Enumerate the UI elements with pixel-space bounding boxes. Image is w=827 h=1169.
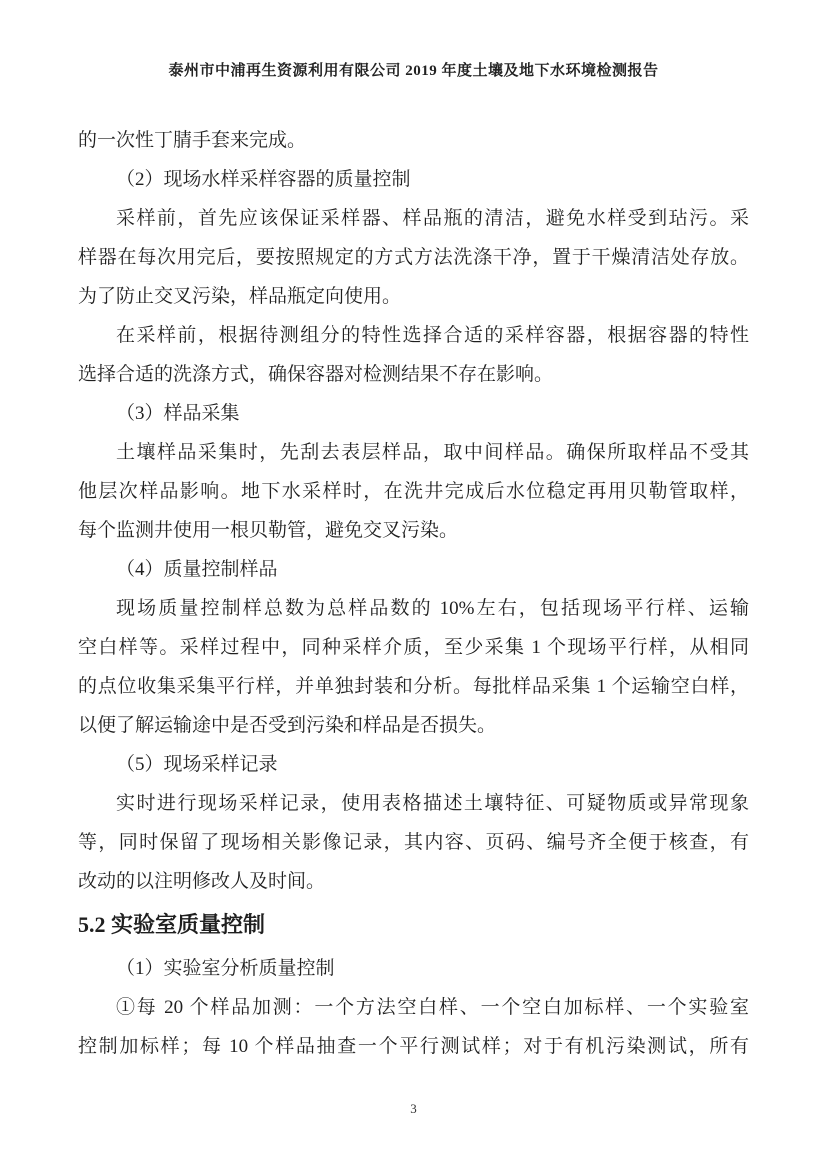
text-line: 他层次样品影响。地下水采样时，在洗井完成后水位稳定再用贝勒管取样， (78, 472, 749, 511)
text-line: （5）现场采样记录 (78, 745, 749, 784)
text-line: 选择合适的洗涤方式，确保容器对检测结果不存在影响。 (78, 355, 749, 394)
document-body: 的一次性丁腈手套来完成。（2）现场水样采样容器的质量控制采样前，首先应该保证采样… (78, 121, 749, 1066)
section-heading: 5.2 实验室质量控制 (78, 901, 749, 949)
text-line: ①每 20 个样品加测：一个方法空白样、一个空白加标样、一个实验室 (78, 988, 749, 1027)
text-line: 在采样前，根据待测组分的特性选择合适的采样容器，根据容器的特性 (78, 316, 749, 355)
text-line: 控制加标样；每 10 个样品抽查一个平行测试样；对于有机污染测试，所有 (78, 1027, 749, 1066)
text-line: 实时进行现场采样记录，使用表格描述土壤特征、可疑物质或异常现象 (78, 784, 749, 823)
text-line: 改动的以注明修改人及时间。 (78, 862, 749, 901)
text-line: （3）样品采集 (78, 394, 749, 433)
page-header-title: 泰州市中浦再生资源利用有限公司 2019 年度土壤及地下水环境检测报告 (0, 59, 827, 80)
text-line: 每个监测井使用一根贝勒管，避免交叉污染。 (78, 511, 749, 550)
text-line: 采样前，首先应该保证采样器、样品瓶的清洁，避免水样受到玷污。采 (78, 199, 749, 238)
text-line: （4）质量控制样品 (78, 550, 749, 589)
text-line: 等，同时保留了现场相关影像记录，其内容、页码、编号齐全便于核查，有 (78, 823, 749, 862)
page-number: 3 (0, 1101, 827, 1117)
text-line: （2）现场水样采样容器的质量控制 (78, 160, 749, 199)
text-line: 空白样等。采样过程中，同种采样介质，至少采集 1 个现场平行样，从相同 (78, 628, 749, 667)
text-line: 土壤样品采集时，先刮去表层样品，取中间样品。确保所取样品不受其 (78, 433, 749, 472)
text-line: （1）实验室分析质量控制 (78, 949, 749, 988)
text-line: 现场质量控制样总数为总样品数的 10%左右，包括现场平行样、运输 (78, 589, 749, 628)
text-line: 的一次性丁腈手套来完成。 (78, 121, 749, 160)
document-page: 泰州市中浦再生资源利用有限公司 2019 年度土壤及地下水环境检测报告 的一次性… (0, 0, 827, 1169)
text-line: 样器在每次用完后，要按照规定的方式方法洗涤干净，置于干燥清洁处存放。 (78, 238, 749, 277)
text-line: 的点位收集采集平行样，并单独封装和分析。每批样品采集 1 个运输空白样， (78, 667, 749, 706)
text-line: 以便了解运输途中是否受到污染和样品是否损失。 (78, 706, 749, 745)
text-line: 为了防止交叉污染，样品瓶定向使用。 (78, 277, 749, 316)
